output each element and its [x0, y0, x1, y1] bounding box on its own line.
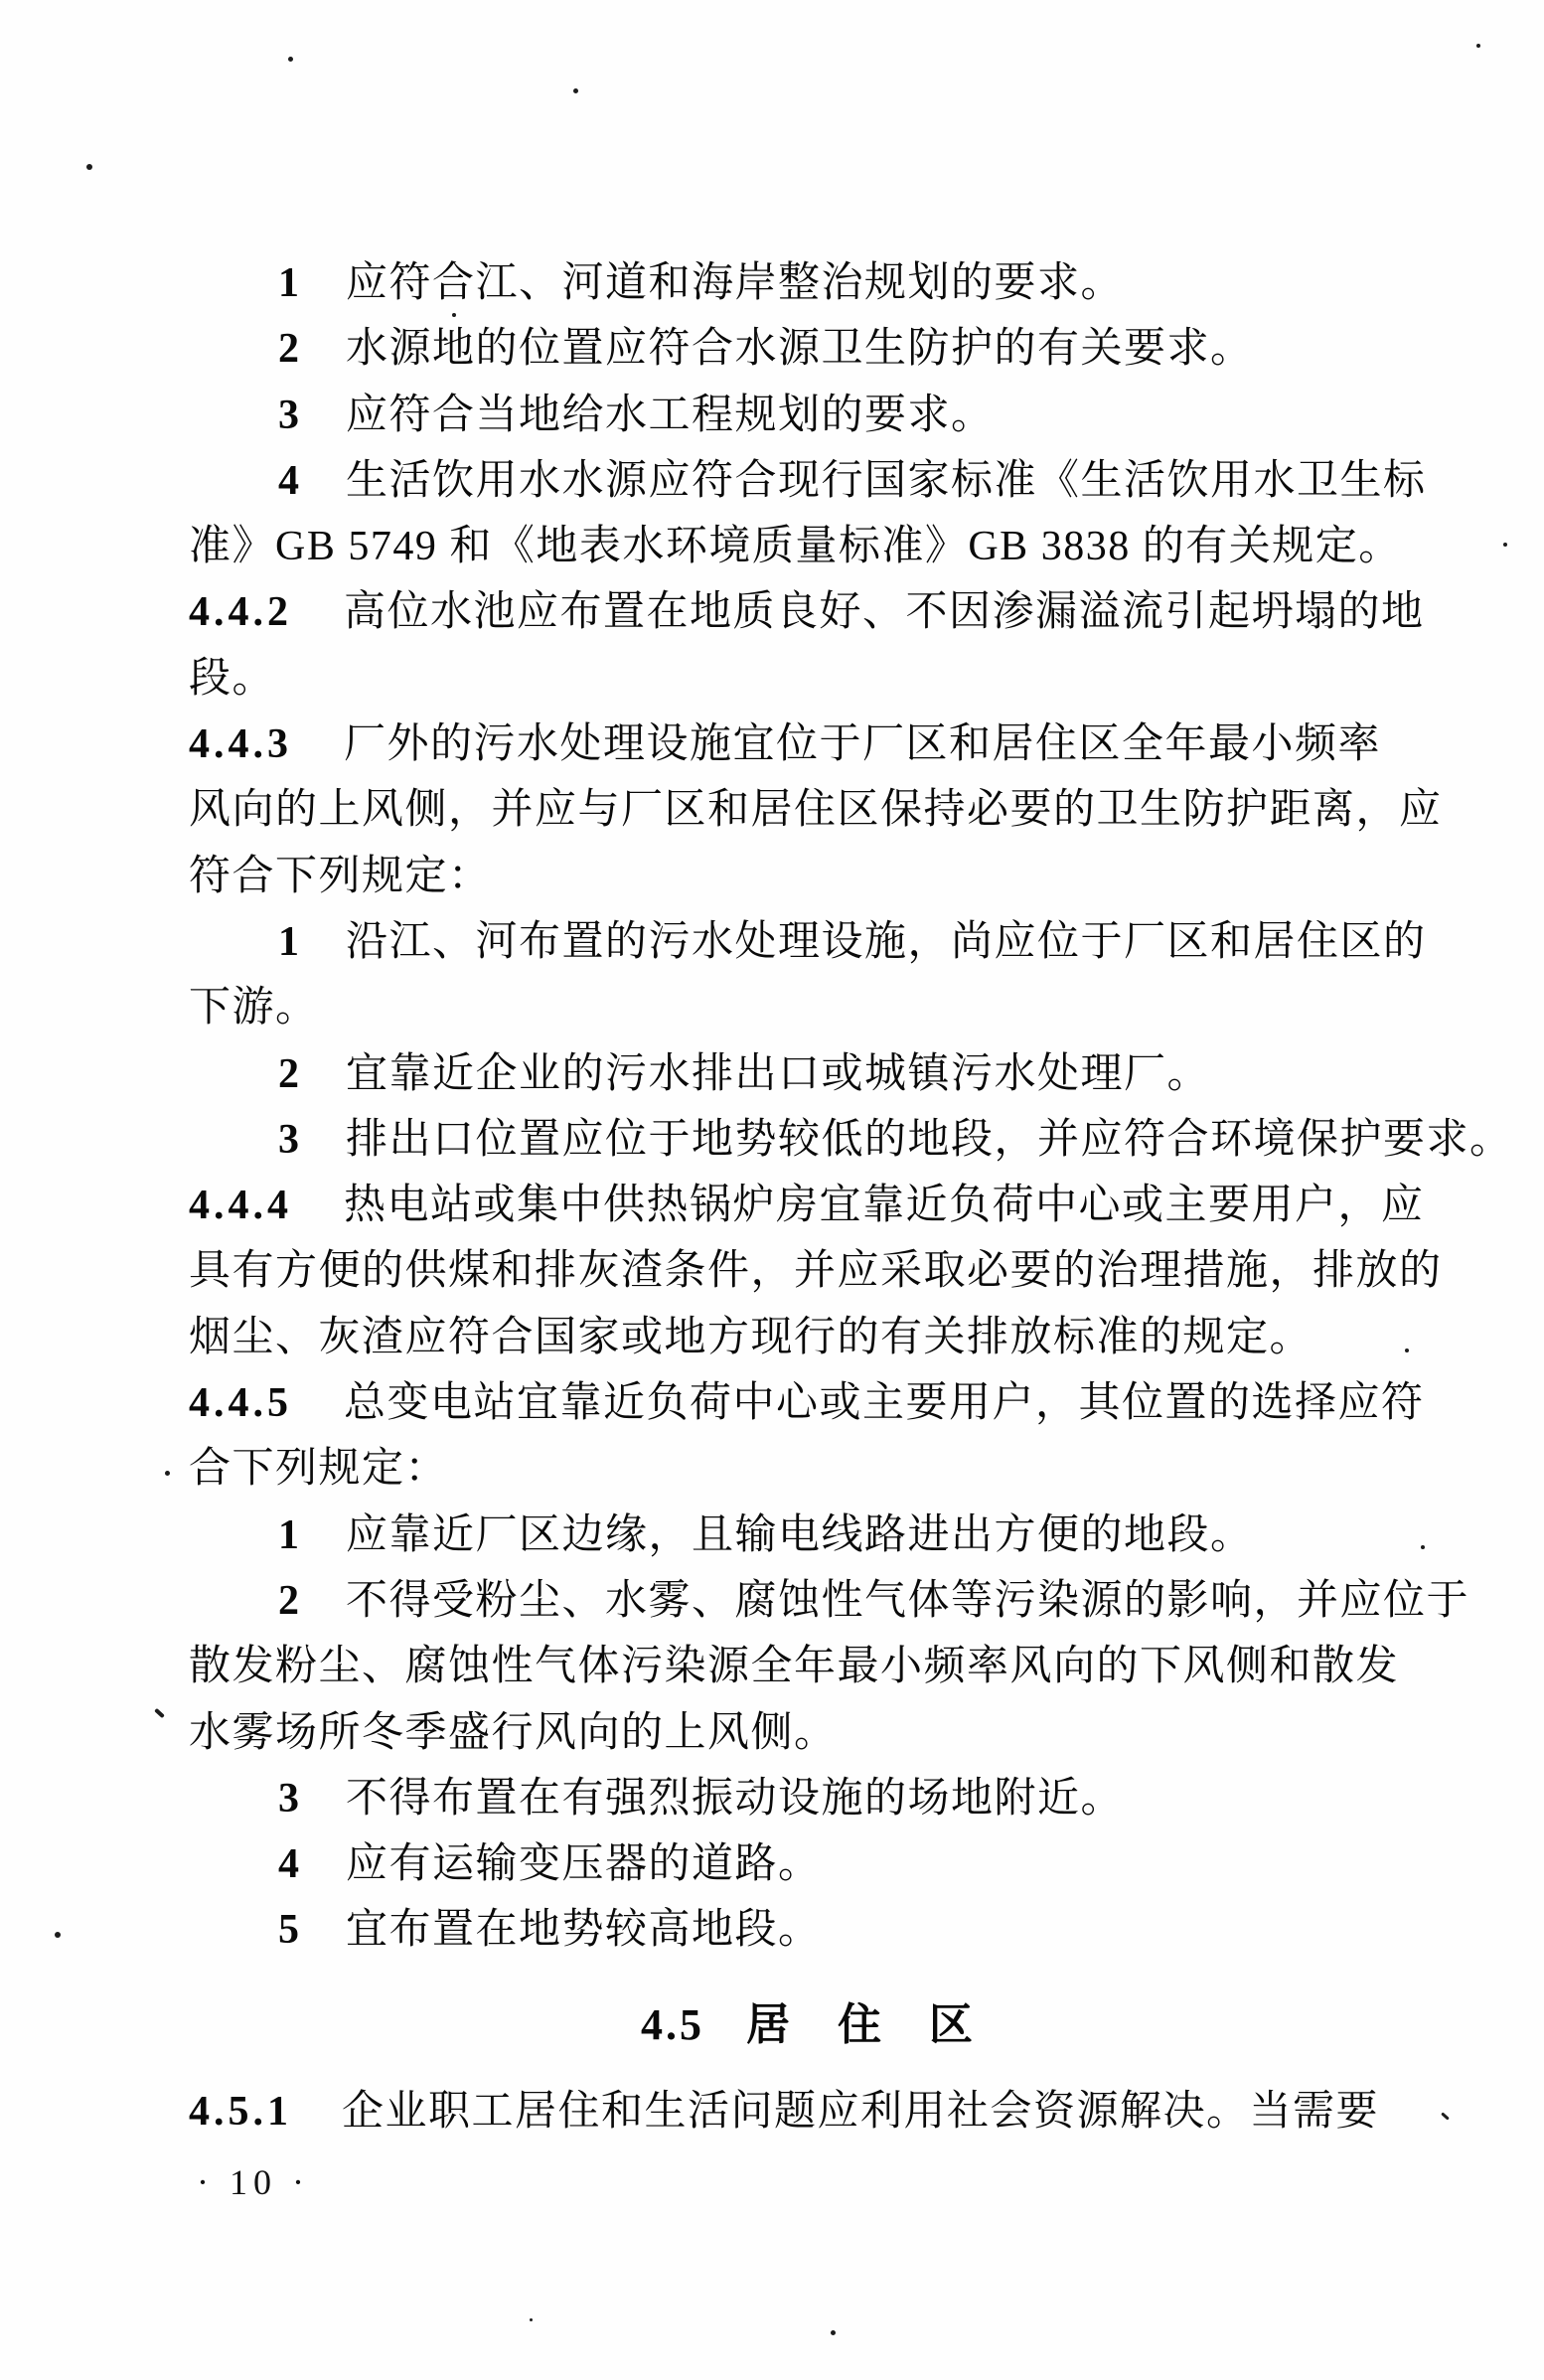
- clause-number: 4.4.2: [189, 589, 292, 635]
- item-number: 4: [278, 458, 300, 504]
- clause-number: 4.4.3: [189, 721, 292, 767]
- line-text: 水源地的位置应符合水源卫生防护的有关要求。: [346, 326, 1254, 372]
- text-line: 5宜布置在地势较高地段。: [189, 1897, 1421, 1963]
- item-number: 2: [278, 326, 300, 372]
- scan-speck: [831, 2330, 836, 2335]
- text-line: 水雾场所冬季盛行风向的上风侧。: [189, 1700, 1421, 1766]
- item-number: 1: [278, 919, 300, 965]
- scan-speck: [1421, 1545, 1425, 1549]
- line-text: 烟尘、灰渣应符合国家或地方现行的有关排放标准的规定。: [189, 1315, 1312, 1360]
- line-text: 总变电站宜靠近负荷中心或主要用户，其位置的选择应符: [344, 1380, 1425, 1426]
- text-line: 符合下列规定：: [189, 844, 1421, 909]
- line-text: 水雾场所冬季盛行风向的上风侧。: [189, 1710, 838, 1756]
- text-line: 2水源地的位置应符合水源卫生防护的有关要求。: [189, 316, 1421, 382]
- line-text: 下游。: [189, 985, 319, 1031]
- scan-speck: [288, 57, 293, 62]
- item-number: 2: [278, 1578, 300, 1624]
- section-heading-number: 4.5: [641, 2000, 704, 2049]
- text-line: 4.4.5总变电站宜靠近负荷中心或主要用户，其位置的选择应符: [189, 1370, 1421, 1436]
- item-number: 3: [278, 1117, 300, 1163]
- text-line: 4.4.4热电站或集中供热锅炉房宜靠近负荷中心或主要用户，应: [189, 1173, 1421, 1238]
- item-number: 1: [278, 1512, 300, 1558]
- scan-speck: [1405, 1349, 1409, 1352]
- text-line: 4.4.2高位水池应布置在地质良好、不因渗漏溢流引起坍塌的地: [189, 579, 1421, 645]
- text-line: 1沿江、河布置的污水处理设施，尚应位于厂区和居住区的: [189, 909, 1421, 975]
- section-heading: 4.5居 住 区: [36, 1994, 1544, 2056]
- line-text: 高位水池应布置在地质良好、不因渗漏溢流引起坍塌的地: [344, 589, 1425, 635]
- line-text: 合下列规定：: [189, 1446, 448, 1492]
- page-number: · 10 ·: [197, 2160, 310, 2204]
- line-text: 具有方便的供煤和排灰渣条件，并应采取必要的治理措施，排放的: [189, 1248, 1443, 1294]
- item-number: 5: [278, 1907, 300, 1953]
- clause-number: 4.4.4: [189, 1183, 292, 1228]
- text-line: 风向的上风侧，并应与厂区和居住区保持必要的卫生防护距离，应: [189, 777, 1421, 843]
- line-text: 风向的上风侧，并应与厂区和居住区保持必要的卫生防护距离，应: [189, 787, 1443, 833]
- text-line: 准》GB 5749 和《地表水环境质量标准》GB 3838 的有关规定。: [189, 514, 1421, 579]
- scan-speck: [530, 2318, 533, 2321]
- text-line: 3排出口位置应位于地势较低的地段，并应符合环境保护要求。: [189, 1107, 1421, 1173]
- text-line: 散发粉尘、腐蚀性气体污染源全年最小频率风向的下风侧和散发: [189, 1634, 1421, 1699]
- section-heading-title: 居 住 区: [746, 2000, 975, 2049]
- scan-speck: [165, 1471, 170, 1476]
- text-line: 1应符合江、河道和海岸整治规划的要求。: [189, 250, 1421, 316]
- line-text: 热电站或集中供热锅炉房宜靠近负荷中心或主要用户，应: [344, 1183, 1425, 1228]
- body-text: 1应符合江、河道和海岸整治规划的要求。2水源地的位置应符合水源卫生防护的有关要求…: [189, 250, 1421, 1964]
- text-line: 4生活饮用水水源应符合现行国家标准《生活饮用水卫生标: [189, 448, 1421, 514]
- line-text: 准》GB 5749 和《地表水环境质量标准》GB 3838 的有关规定。: [189, 524, 1402, 569]
- clause-number: 4.4.5: [189, 1380, 292, 1426]
- text-line: 2宜靠近企业的污水排出口或城镇污水处理厂。: [189, 1041, 1421, 1107]
- line-text: 符合下列规定：: [189, 854, 492, 899]
- text-line: 2不得受粉尘、水雾、腐蚀性气体等污染源的影响，并应位于: [189, 1568, 1421, 1634]
- line-text: 不得布置在有强烈振动设施的场地附近。: [346, 1776, 1124, 1822]
- item-number: 2: [278, 1051, 300, 1097]
- text-line: 合下列规定：: [189, 1436, 1421, 1502]
- scan-speck: [86, 164, 92, 170]
- scan-speck: [452, 313, 456, 317]
- scan-speck: [1476, 44, 1480, 48]
- clause-4-5-1: 4.5.1企业职工居住和生活问题应利用社会资源解决。当需要: [189, 2079, 1379, 2144]
- text-line: 3应符合当地给水工程规划的要求。: [189, 383, 1421, 448]
- text-line: 1应靠近厂区边缘，且输电线路进出方便的地段。: [189, 1503, 1421, 1568]
- text-line: 下游。: [189, 975, 1421, 1040]
- scan-speck: [1503, 543, 1507, 547]
- line-text: 宜靠近企业的污水排出口或城镇污水处理厂。: [346, 1051, 1210, 1097]
- scanned-document-page: 1应符合江、河道和海岸整治规划的要求。2水源地的位置应符合水源卫生防护的有关要求…: [0, 0, 1544, 2380]
- line-text: 厂外的污水处理设施宜位于厂区和居住区全年最小频率: [344, 721, 1381, 767]
- scan-speck: [154, 1708, 165, 1718]
- line-text: 宜布置在地势较高地段。: [346, 1907, 822, 1953]
- line-text: 段。: [189, 656, 275, 702]
- line-text: 沿江、河布置的污水处理设施，尚应位于厂区和居住区的: [346, 919, 1427, 965]
- scan-speck: [55, 1932, 61, 1938]
- scan-speck: [573, 88, 578, 93]
- text-line: 3不得布置在有强烈振动设施的场地附近。: [189, 1766, 1421, 1831]
- item-number: 1: [278, 260, 300, 306]
- line-text: 应符合江、河道和海岸整治规划的要求。: [346, 260, 1124, 306]
- text-line: 烟尘、灰渣应符合国家或地方现行的有关排放标准的规定。: [189, 1305, 1421, 1370]
- line-text: 生活饮用水水源应符合现行国家标准《生活饮用水卫生标: [346, 458, 1427, 504]
- item-number: 4: [278, 1841, 300, 1887]
- clause-text: 企业职工居住和生活问题应利用社会资源解决。当需要: [342, 2089, 1379, 2135]
- line-text: 排出口位置应位于地势较低的地段，并应符合环境保护要求。: [346, 1117, 1513, 1163]
- line-text: 应有运输变压器的道路。: [346, 1841, 822, 1887]
- line-text: 不得受粉尘、水雾、腐蚀性气体等污染源的影响，并应位于: [346, 1578, 1469, 1624]
- line-text: 应靠近厂区边缘，且输电线路进出方便的地段。: [346, 1512, 1254, 1558]
- text-line: 4应有运输变压器的道路。: [189, 1831, 1421, 1897]
- text-line: 具有方便的供煤和排灰渣条件，并应采取必要的治理措施，排放的: [189, 1238, 1421, 1304]
- scan-speck: [1441, 2112, 1450, 2120]
- line-text: 应符合当地给水工程规划的要求。: [346, 393, 995, 438]
- text-line: 段。: [189, 646, 1421, 712]
- line-text: 散发粉尘、腐蚀性气体污染源全年最小频率风向的下风侧和散发: [189, 1644, 1399, 1689]
- clause-number: 4.5.1: [189, 2089, 292, 2135]
- item-number: 3: [278, 393, 300, 438]
- text-line: 4.4.3厂外的污水处理设施宜位于厂区和居住区全年最小频率: [189, 712, 1421, 777]
- item-number: 3: [278, 1776, 300, 1822]
